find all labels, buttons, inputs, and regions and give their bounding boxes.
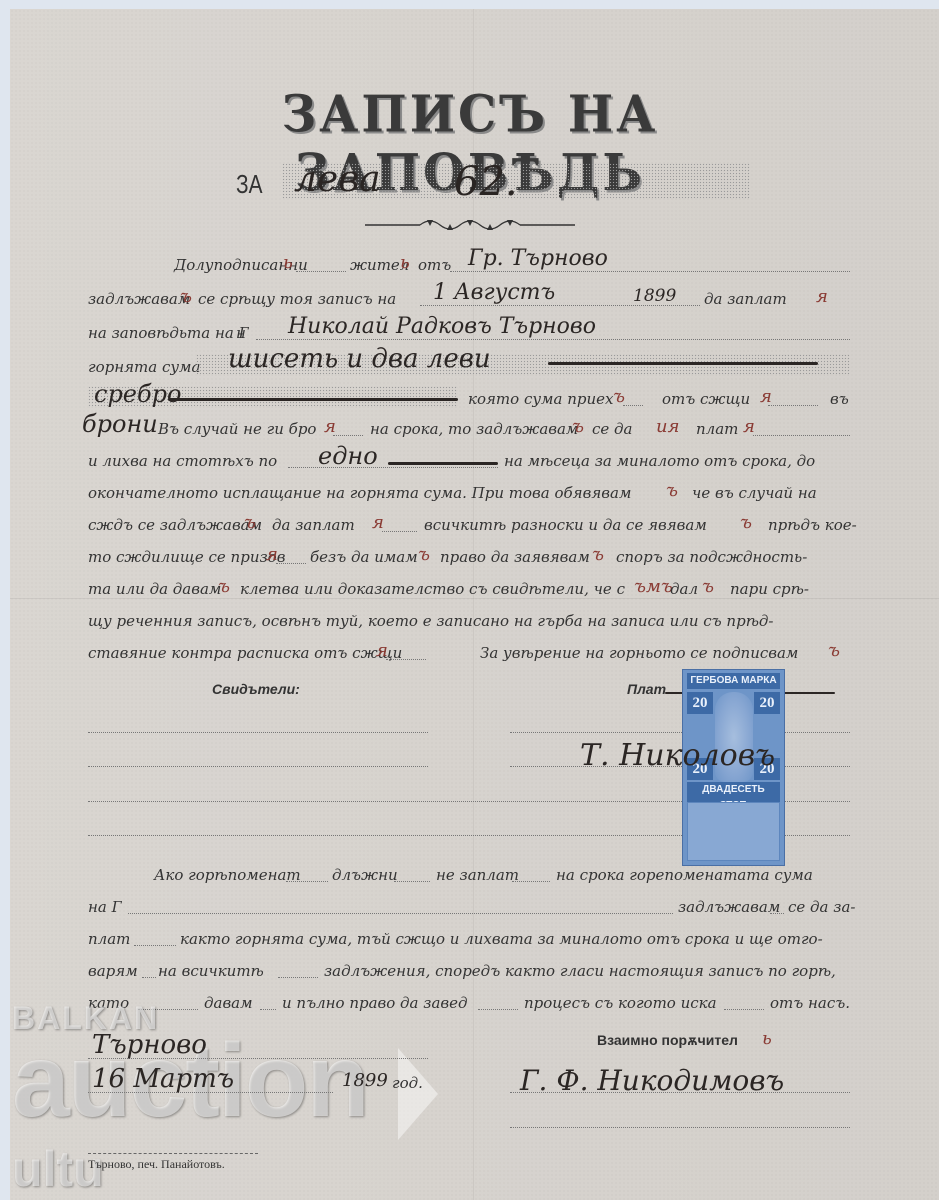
currency-kind-handwritten: брони bbox=[82, 410, 158, 438]
text: се срѣщу тоя записъ на bbox=[198, 290, 396, 308]
due-date-handwritten: 1 Августъ bbox=[433, 280, 555, 305]
payer-line-1 bbox=[510, 731, 850, 733]
text: да заплат bbox=[704, 290, 787, 308]
text: плат bbox=[696, 420, 738, 438]
p2-line-5: като давам и пълно право да завед процес… bbox=[88, 988, 850, 1016]
blank bbox=[278, 976, 318, 978]
witness-line-1 bbox=[88, 731, 428, 733]
p1-line-7: и лихва на стотѣхъ по едно на мѣсеца за … bbox=[88, 446, 850, 474]
blank bbox=[478, 1008, 518, 1010]
witness-line-2 bbox=[88, 765, 428, 767]
interest-rate-handwritten: едно bbox=[318, 442, 378, 470]
place-handwritten: Търново bbox=[92, 1030, 207, 1060]
text: то сждилище се призов bbox=[88, 548, 285, 566]
handwritten-mark: ь bbox=[762, 1028, 772, 1049]
fill-stroke bbox=[388, 462, 498, 465]
p2-line-1: Ако горѣпоменат длъжни не заплат на срок… bbox=[88, 860, 850, 888]
text: отъ сжщи bbox=[662, 390, 750, 408]
guarantor-line-2 bbox=[510, 1126, 850, 1128]
text: безъ да имам bbox=[310, 548, 418, 566]
blank bbox=[768, 404, 818, 406]
text: отъ насъ. bbox=[770, 994, 850, 1012]
amount-number-handwritten: 62. bbox=[454, 159, 518, 205]
p1-line-11: та или да давам ъ клетва или доказателст… bbox=[88, 574, 850, 602]
text: варям bbox=[88, 962, 138, 980]
handwritten-mark: ъ bbox=[740, 512, 752, 533]
stamp-lower-panel bbox=[687, 802, 780, 861]
text: на Г bbox=[88, 898, 122, 916]
p1-line-13: ставяние контра расписка отъ сжщи я За у… bbox=[88, 638, 850, 666]
text: задлъжения, споредъ както гласи настоящи… bbox=[324, 962, 836, 980]
text: та или да давам bbox=[88, 580, 221, 598]
p1-line-1: Долуподписанни ь жител ь отъ Гр. Търново bbox=[88, 250, 850, 278]
text: задлъжавам bbox=[678, 898, 780, 916]
blank bbox=[296, 270, 346, 272]
handwritten-mark: ъ bbox=[218, 576, 230, 597]
stamp-value: 20 bbox=[687, 692, 713, 714]
text: на заповѣдьта на Г bbox=[88, 324, 249, 342]
witnesses-label: Свидътели: bbox=[212, 681, 300, 697]
text: отъ bbox=[418, 256, 451, 274]
amount-label: ЗА bbox=[236, 169, 262, 200]
handwritten-mark: ъ bbox=[418, 544, 430, 565]
text: н bbox=[236, 324, 246, 342]
payer-signature: Т. Николовъ bbox=[580, 738, 775, 773]
p1-line-10: то сждилище се призов я безъ да имам ъ п… bbox=[88, 542, 850, 570]
text: пари срѣ- bbox=[730, 580, 809, 598]
text: и лихва на стотѣхъ по bbox=[88, 452, 277, 470]
text: Въ случай не ги бро bbox=[158, 420, 316, 438]
text: както горнята сума, тъй сжщо и лихвата з… bbox=[180, 930, 823, 948]
sum-words-handwritten: шисеть и два леви bbox=[228, 344, 491, 374]
blank bbox=[724, 1008, 764, 1010]
handwritten-mark: ь bbox=[283, 252, 293, 273]
handwritten-mark: ъ bbox=[592, 544, 604, 565]
text: задлъжавам bbox=[88, 290, 190, 308]
blank bbox=[512, 880, 550, 882]
blank bbox=[623, 404, 643, 406]
sum-words-cont-handwritten: сребро bbox=[94, 380, 181, 408]
text: прѣдъ кое- bbox=[768, 516, 857, 534]
payee-handwritten: Николай Радковъ Търново bbox=[288, 314, 596, 339]
blank bbox=[394, 880, 430, 882]
printer-imprint: Търново, печ. Панайотовъ. bbox=[88, 1157, 225, 1172]
text: всичкитѣ разноски и да се явявам bbox=[424, 516, 707, 534]
handwritten-mark: ъ bbox=[244, 512, 256, 533]
blank bbox=[142, 976, 156, 978]
handwritten-mark: ъмъ bbox=[634, 576, 673, 597]
handwritten-mark: ъ bbox=[666, 480, 678, 501]
amount-currency-handwritten: лева bbox=[294, 159, 381, 200]
stamp-top-text: ГЕРБОВА МАРКА bbox=[687, 673, 780, 689]
p1-line-3: на заповѣдьта на Г н Николай Радковъ Тър… bbox=[88, 318, 850, 346]
text: и пълно право да завед bbox=[282, 994, 468, 1012]
p2-line-4: варям на всичкитѣ задлъжения, споредъ ка… bbox=[88, 956, 850, 984]
text: щу реченния записъ, освѣнъ туй, което е … bbox=[88, 612, 774, 630]
p1-line-12: щу реченния записъ, освѣнъ туй, което е … bbox=[88, 606, 850, 634]
due-year-handwritten: 1899 bbox=[633, 286, 676, 306]
text: че въ случай на bbox=[692, 484, 817, 502]
guarantor-label: Взаимно порѫчител bbox=[597, 1032, 738, 1048]
fill-stroke bbox=[168, 398, 458, 401]
handwritten-mark: ия bbox=[656, 416, 680, 437]
blank bbox=[276, 562, 306, 564]
residence-handwritten: Гр. Търново bbox=[468, 246, 608, 271]
p1-line-8: окончателното исплащание на горнята сума… bbox=[88, 478, 850, 506]
p1-line-5: сребро която сума приех ъ отъ сжщи я въ bbox=[88, 384, 850, 412]
text: на срока горепоменатата сума bbox=[556, 866, 813, 884]
blank bbox=[260, 1008, 276, 1010]
text: споръ за подсждность- bbox=[616, 548, 807, 566]
handwritten-mark: ь bbox=[400, 252, 410, 273]
p2-line-2: на Г задлъжавам се да за- bbox=[88, 892, 850, 920]
text: сждъ се задлъжавам bbox=[88, 516, 262, 534]
date-handwritten: 16 Мартъ bbox=[92, 1064, 234, 1094]
guarantor-signature: Г. Ф. Никодимовъ bbox=[520, 1064, 784, 1097]
watermark-play-icon bbox=[398, 1048, 438, 1140]
text: не заплат bbox=[436, 866, 519, 884]
text: Ако горѣпоменат bbox=[154, 866, 301, 884]
text: давам bbox=[204, 994, 253, 1012]
blank bbox=[382, 530, 417, 532]
p1-line-9: сждъ се задлъжавам ъ да заплат я всичкит… bbox=[88, 510, 850, 538]
text: на срока, то задлъжавам bbox=[370, 420, 578, 438]
text: да заплат bbox=[272, 516, 355, 534]
text: окончателното исплащание на горнята сума… bbox=[88, 484, 631, 502]
text: длъжни bbox=[332, 866, 398, 884]
stamp-value: 20 bbox=[754, 692, 780, 714]
text: се да bbox=[592, 420, 633, 438]
handwritten-mark: я bbox=[816, 286, 828, 307]
blank bbox=[753, 434, 850, 436]
blank bbox=[333, 434, 363, 436]
handwritten-mark: ъ bbox=[572, 416, 584, 437]
text: право да заявявам bbox=[440, 548, 590, 566]
text: горнята сума bbox=[88, 358, 200, 376]
date-year: 1899 bbox=[342, 1070, 388, 1091]
payer-label: Плат bbox=[627, 681, 666, 697]
text: плат bbox=[88, 930, 130, 948]
p1-line-6: брони Въ случай не ги бро я на срока, то… bbox=[88, 414, 850, 442]
text: въ bbox=[830, 390, 849, 408]
text: За увѣрение на горньото се подписвам bbox=[480, 644, 798, 662]
divider-ornament bbox=[365, 218, 575, 232]
fill-stroke bbox=[548, 362, 818, 365]
text: се да за- bbox=[788, 898, 855, 916]
imprint-rule bbox=[88, 1153, 258, 1154]
blank bbox=[128, 912, 673, 914]
text: процесъ съ когото иска bbox=[524, 994, 717, 1012]
blank bbox=[770, 912, 784, 914]
p2-line-3: плат както горнята сума, тъй сжщо и лихв… bbox=[88, 924, 850, 952]
text: дал bbox=[670, 580, 698, 598]
text: която сума приех bbox=[468, 390, 613, 408]
text: на мѣсеца за миналото отъ срока, до bbox=[504, 452, 815, 470]
blank bbox=[286, 880, 328, 882]
date-suffix: год. bbox=[392, 1074, 423, 1092]
text: ставяние контра расписка отъ сжщи bbox=[88, 644, 402, 662]
p1-line-2: задлъжавам ъ се срѣщу тоя записъ на 1 Ав… bbox=[88, 284, 850, 312]
handwritten-mark: ъ bbox=[828, 640, 840, 661]
p1-line-4: горнята сума шисеть и два леви bbox=[88, 352, 850, 380]
blank bbox=[386, 658, 426, 660]
handwritten-mark: ъ bbox=[180, 286, 192, 307]
text: на всичкитѣ bbox=[158, 962, 264, 980]
text: клетва или доказателство съ свидѣтели, ч… bbox=[240, 580, 625, 598]
handwritten-mark: ъ bbox=[702, 576, 714, 597]
blank bbox=[134, 944, 176, 946]
